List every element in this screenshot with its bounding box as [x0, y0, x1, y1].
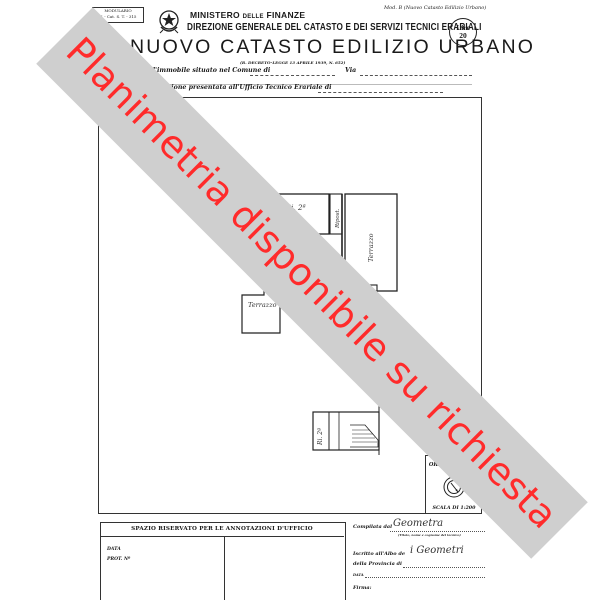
- iscritto-value: i Geometri: [410, 545, 464, 556]
- office-annotation-heading: SPAZIO RISERVATO PER LE ANNOTAZIONI D'UF…: [100, 522, 344, 537]
- compiler-data-line: [365, 577, 485, 578]
- compiler-data-label: DATA: [353, 573, 364, 577]
- scale-label: SCALA DI 1:200: [422, 505, 486, 511]
- compilata-line: [390, 531, 485, 532]
- compilata-value: Geometra: [393, 518, 443, 529]
- room-label-terrazzo-1: Terrazzo: [367, 233, 375, 262]
- office-data-label: DATA: [107, 547, 121, 552]
- firma-label: Firma:: [353, 585, 371, 591]
- compilata-hint: (Titolo, nome e cognome del tecnico): [398, 533, 461, 537]
- iscritto-label: Iscritto all'Albo de: [353, 551, 405, 557]
- compilata-label: Compilata dal: [353, 524, 392, 530]
- office-divider: [224, 537, 225, 600]
- provincia-label: della Provincia di: [353, 561, 402, 567]
- room-label-ripost: Ripost.: [335, 208, 341, 229]
- room-label-terrazzo-2: Terrazzo: [248, 301, 277, 309]
- office-prot-label: PROT. Nº: [107, 557, 130, 562]
- room-label-ri-lower: Ri. 2ª: [317, 428, 324, 446]
- provincia-line: [403, 567, 485, 568]
